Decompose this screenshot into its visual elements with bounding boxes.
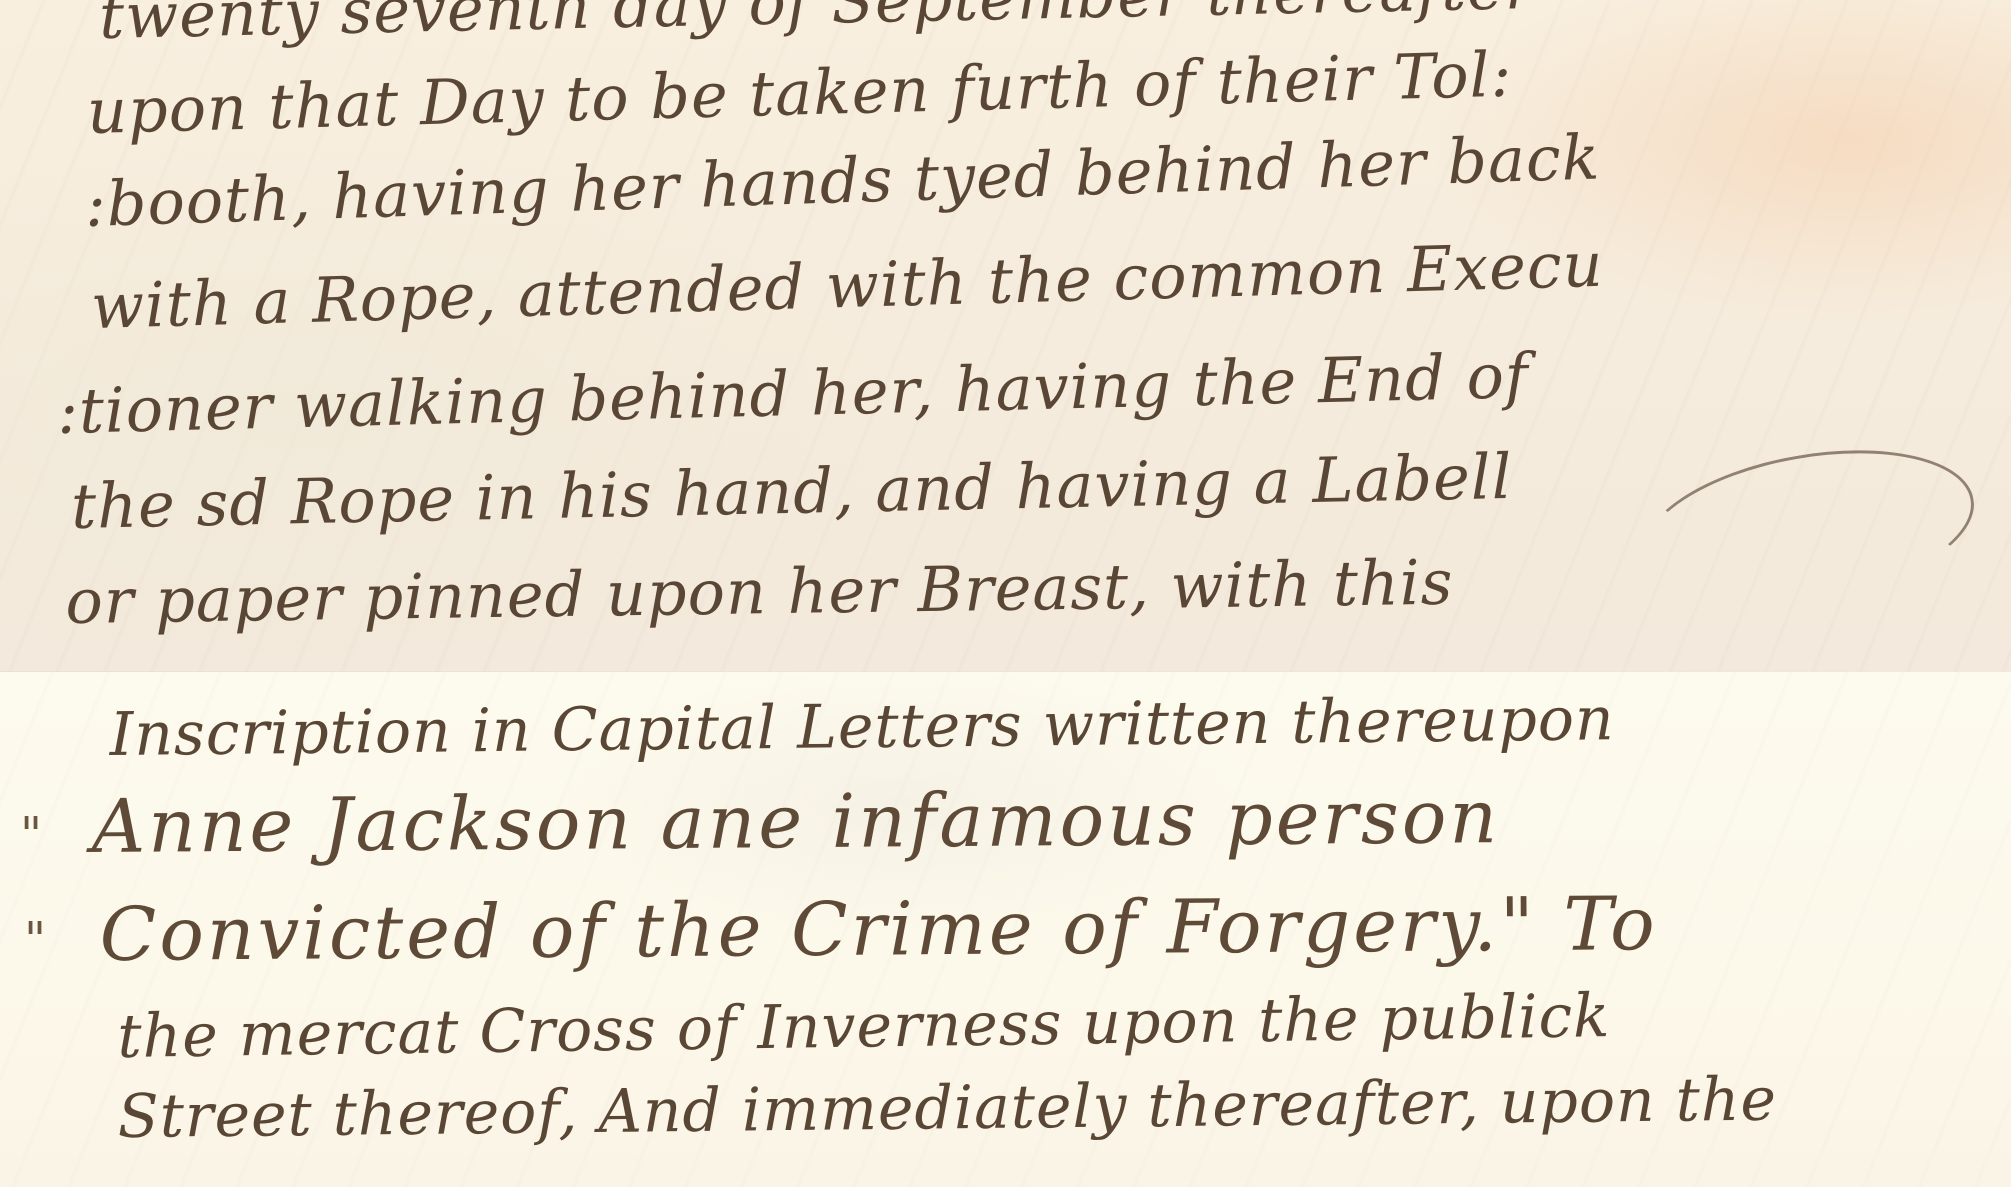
manuscript-line: :tioner walking behind her, having the E… — [56, 339, 1529, 448]
manuscript-line: or paper pinned upon her Breast, with th… — [65, 546, 1454, 638]
quotation-mark: " — [24, 912, 46, 968]
labell-flourish-decoration — [1630, 427, 1986, 629]
manuscript-upper-strip: twenty seventh day of September thereaft… — [0, 0, 2011, 672]
manuscript-line: Street thereof, And immediately thereaft… — [117, 1065, 1777, 1152]
manuscript-lower-strip: Inscription in Capital Letters written t… — [0, 672, 2011, 1187]
inscription-line: Anne Jackson ane infamous person — [91, 774, 1500, 870]
inscription-line: Convicted of the Crime of Forgery." To — [99, 881, 1658, 978]
quotation-mark: " — [20, 807, 42, 863]
manuscript-line: the sd Rope in his hand, and having a La… — [70, 440, 1513, 543]
manuscript-line: the mercat Cross of Inverness upon the p… — [117, 981, 1611, 1072]
manuscript-line: Inscription in Capital Letters written t… — [109, 684, 1615, 770]
manuscript-line: with a Rope, attended with the common Ex… — [90, 228, 1604, 343]
